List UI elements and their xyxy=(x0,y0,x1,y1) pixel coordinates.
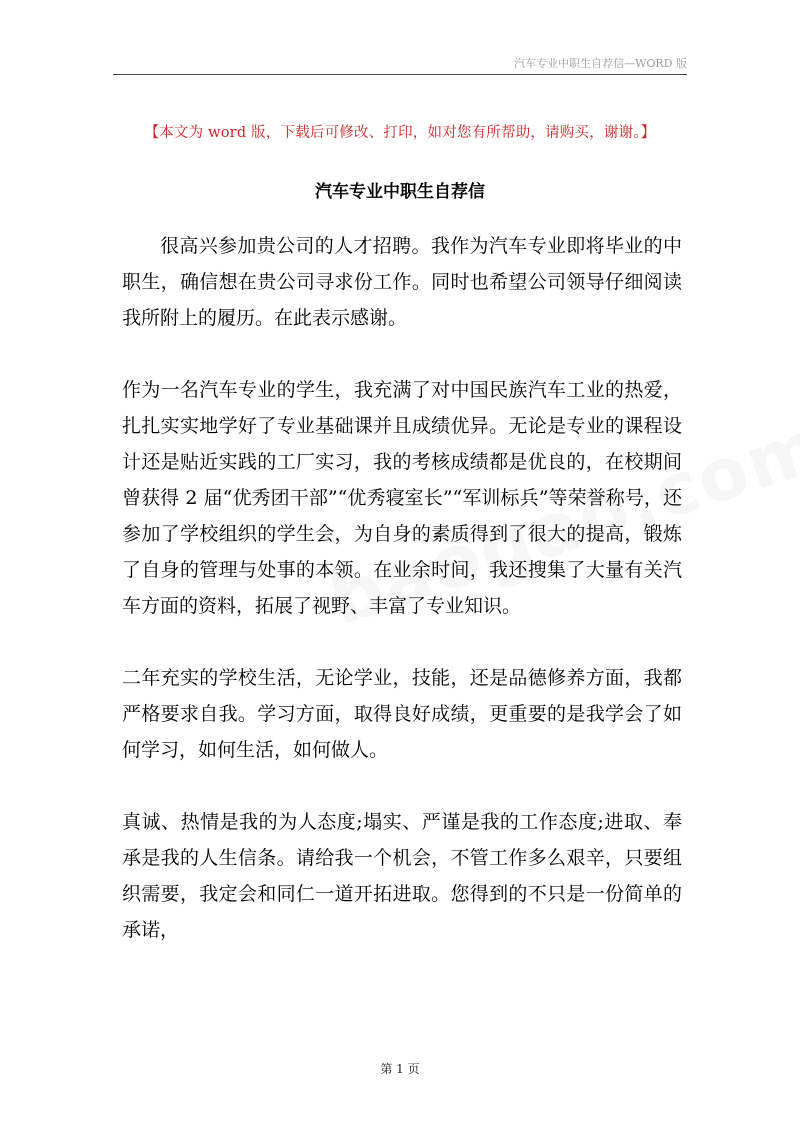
document-body: 很高兴参加贵公司的人才招聘。我作为汽车专业即将毕业的中职生，确信想在贵公司寻求份… xyxy=(122,228,682,948)
paragraph-attitude: 真诚、热情是我的为人态度;塌实、严谨是我的工作态度;进取、奉承是我的人生信条。请… xyxy=(122,804,682,948)
purchase-notice: 【本文为 word 版，下载后可修改、打印，如对您有所帮助，请购买，谢谢。】 xyxy=(0,121,800,142)
paragraph-gap xyxy=(122,624,682,660)
document-title: 汽车专业中职生自荐信 xyxy=(0,177,800,202)
page-number: 第 1 页 xyxy=(0,1060,800,1077)
running-header: 汽车专业中职生自荐信—WORD 版 xyxy=(514,55,687,71)
paragraph-gap xyxy=(122,336,682,372)
paragraph-school-life: 二年充实的学校生活，无论学业，技能，还是品德修养方面，我都严格要求自我。学习方面… xyxy=(122,660,682,768)
paragraph-intro: 很高兴参加贵公司的人才招聘。我作为汽车专业即将毕业的中职生，确信想在贵公司寻求份… xyxy=(122,228,682,336)
paragraph-achievements: 作为一名汽车专业的学生，我充满了对中国民族汽车工业的热爱，扎扎实实地学好了专业基… xyxy=(122,372,682,624)
paragraph-gap xyxy=(122,768,682,804)
header-divider xyxy=(113,74,687,75)
